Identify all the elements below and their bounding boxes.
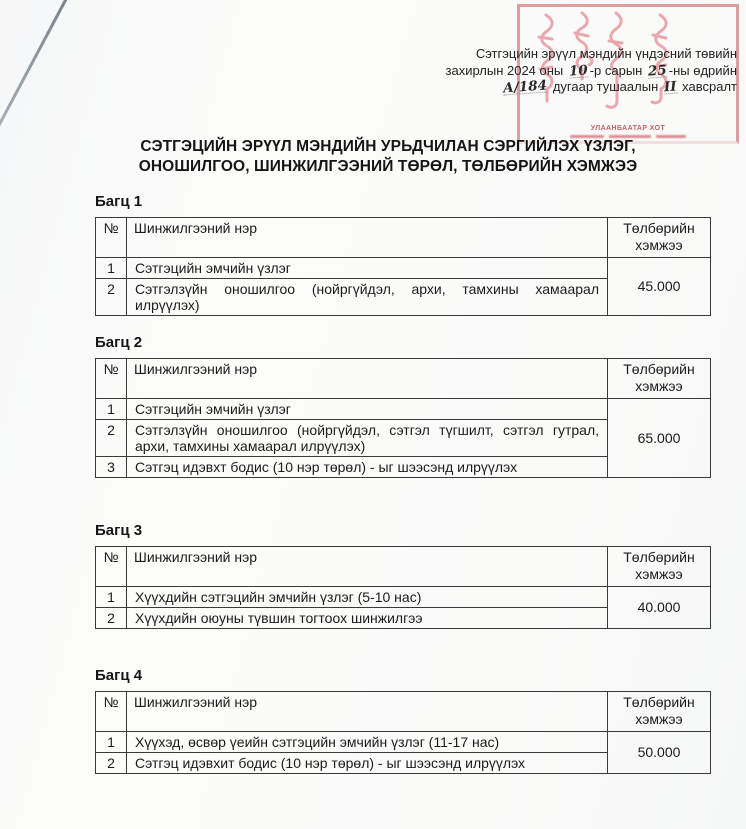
issuance-line-3-post: хавсралт — [682, 79, 737, 94]
table-header-row: № Шинжилгээний нэр Төлбөрийн хэмжээ — [96, 547, 711, 587]
section-label: Багц 2 — [95, 334, 710, 351]
fee-section: Багц 1 № Шинжилгээний нэр Төлбөрийн хэмж… — [95, 193, 710, 316]
row-name-cell: Сэтгэц идэвхит бодис (10 нэр төрөл) - ыг… — [127, 753, 608, 774]
section-label: Багц 4 — [95, 667, 710, 684]
row-number-cell: 2 — [96, 608, 127, 629]
column-header-number: № — [96, 218, 127, 258]
document-title-line-2: ОНОШИЛГОО, ШИНЖИЛГЭЭНИЙ ТӨРӨЛ, ТӨЛБӨРИЙН… — [88, 157, 688, 177]
column-header-fee: Төлбөрийн хэмжээ — [608, 218, 711, 258]
handwritten-month: 10 — [569, 65, 589, 78]
fee-amount-cell: 65.000 — [608, 399, 711, 478]
row-number-cell: 1 — [96, 399, 127, 420]
document-title: СЭТГЭЦИЙН ЭРҮҮЛ МЭНДИЙН УРЬДЧИЛАН СЭРГИЙ… — [88, 137, 688, 176]
column-header-fee: Төлбөрийн хэмжээ — [608, 359, 711, 399]
fee-sections: Багц 1 № Шинжилгээний нэр Төлбөрийн хэмж… — [95, 193, 710, 774]
fee-section: Багц 4 № Шинжилгээний нэр Төлбөрийн хэмж… — [95, 667, 710, 774]
row-number-cell: 1 — [96, 587, 127, 608]
row-name-cell: Сэтгэлзүйн оношилгоо (нойргүйдэл, архи, … — [127, 279, 608, 316]
row-name-cell: Хүүхэд, өсвөр үеийн сэтгэцийн эмчийн үзл… — [127, 732, 608, 753]
table-header-row: № Шинжилгээний нэр Төлбөрийн хэмжээ — [96, 359, 711, 399]
handwritten-annex-number: II — [663, 82, 676, 95]
handwritten-day: 25 — [648, 65, 668, 78]
document-page: { "issuance": { "line1": "Сэтгэцийн эрүү… — [0, 0, 746, 829]
table-row: 1Хүүхдийн сэтгэцийн эмчийн үзлэг (5-10 н… — [96, 587, 711, 608]
issuance-line-3: А/184 дугаар тушаалын II хавсралт — [446, 79, 737, 96]
table-header-row: № Шинжилгээний нэр Төлбөрийн хэмжээ — [96, 218, 711, 258]
issuance-line-2-mid: -р сарын — [590, 63, 643, 78]
issuance-line-2-pre: захирлын 2024 оны — [446, 63, 564, 78]
column-header-name: Шинжилгээний нэр — [127, 547, 608, 587]
column-header-number: № — [96, 359, 127, 399]
issuance-line-3-mid: дугаар тушаалын — [553, 79, 658, 94]
handwritten-order-number: А/184 — [503, 80, 548, 95]
column-header-number: № — [96, 692, 127, 732]
issuance-line-2-post: -ны өдрийн — [669, 63, 737, 78]
row-name-cell: Хүүхдийн сэтгэцийн эмчийн үзлэг (5-10 на… — [127, 587, 608, 608]
row-number-cell: 2 — [96, 420, 127, 457]
issuance-line-2: захирлын 2024 оны 10-р сарын 25-ны өдрий… — [446, 63, 737, 80]
fee-table: № Шинжилгээний нэр Төлбөрийн хэмжээ 1Хүү… — [95, 691, 711, 774]
row-number-cell: 3 — [96, 457, 127, 478]
stamp-city-label: УЛААНБААТАР ХОТ — [520, 125, 736, 132]
row-number-cell: 2 — [96, 753, 127, 774]
fee-amount-cell: 50.000 — [608, 732, 711, 774]
column-header-name: Шинжилгээний нэр — [127, 692, 608, 732]
row-name-cell: Сэтгэцийн эмчийн үзлэг — [127, 258, 608, 279]
fee-section: Багц 2 № Шинжилгээний нэр Төлбөрийн хэмж… — [95, 334, 710, 478]
fee-amount-cell: 40.000 — [608, 587, 711, 629]
fee-table: № Шинжилгээний нэр Төлбөрийн хэмжээ 1Сэт… — [95, 358, 711, 478]
table-header-row: № Шинжилгээний нэр Төлбөрийн хэмжээ — [96, 692, 711, 732]
row-number-cell: 2 — [96, 279, 127, 316]
row-number-cell: 1 — [96, 732, 127, 753]
issuance-line-1: Сэтгэцийн эрүүл мэндийн үндэсний төвийн — [446, 46, 737, 63]
column-header-number: № — [96, 547, 127, 587]
issuance-note: Сэтгэцийн эрүүл мэндийн үндэсний төвийн … — [446, 46, 737, 96]
column-header-name: Шинжилгээний нэр — [127, 359, 608, 399]
fee-table: № Шинжилгээний нэр Төлбөрийн хэмжээ 1Сэт… — [95, 217, 711, 316]
section-label: Багц 1 — [95, 193, 710, 210]
table-row: 1Сэтгэцийн эмчийн үзлэг65.000 — [96, 399, 711, 420]
row-name-cell: Сэтгэцийн эмчийн үзлэг — [127, 399, 608, 420]
column-header-fee: Төлбөрийн хэмжээ — [608, 547, 711, 587]
column-header-fee: Төлбөрийн хэмжээ — [608, 692, 711, 732]
document-title-line-1: СЭТГЭЦИЙН ЭРҮҮЛ МЭНДИЙН УРЬДЧИЛАН СЭРГИЙ… — [88, 137, 688, 157]
table-row: 1Хүүхэд, өсвөр үеийн сэтгэцийн эмчийн үз… — [96, 732, 711, 753]
section-label: Багц 3 — [95, 522, 710, 539]
table-row: 1Сэтгэцийн эмчийн үзлэг45.000 — [96, 258, 711, 279]
fee-amount-cell: 45.000 — [608, 258, 711, 316]
row-name-cell: Сэтгэлзүйн оношилгоо (нойргүйдэл, сэтгэл… — [127, 420, 608, 457]
column-header-name: Шинжилгээний нэр — [127, 218, 608, 258]
row-number-cell: 1 — [96, 258, 127, 279]
row-name-cell: Хүүхдийн оюуны түвшин тогтоох шинжилгээ — [127, 608, 608, 629]
fee-section: Багц 3 № Шинжилгээний нэр Төлбөрийн хэмж… — [95, 522, 710, 629]
fee-table: № Шинжилгээний нэр Төлбөрийн хэмжээ 1Хүү… — [95, 546, 711, 629]
scan-corner-line — [0, 0, 68, 128]
row-name-cell: Сэтгэц идэвхт бодис (10 нэр төрөл) - ыг … — [127, 457, 608, 478]
